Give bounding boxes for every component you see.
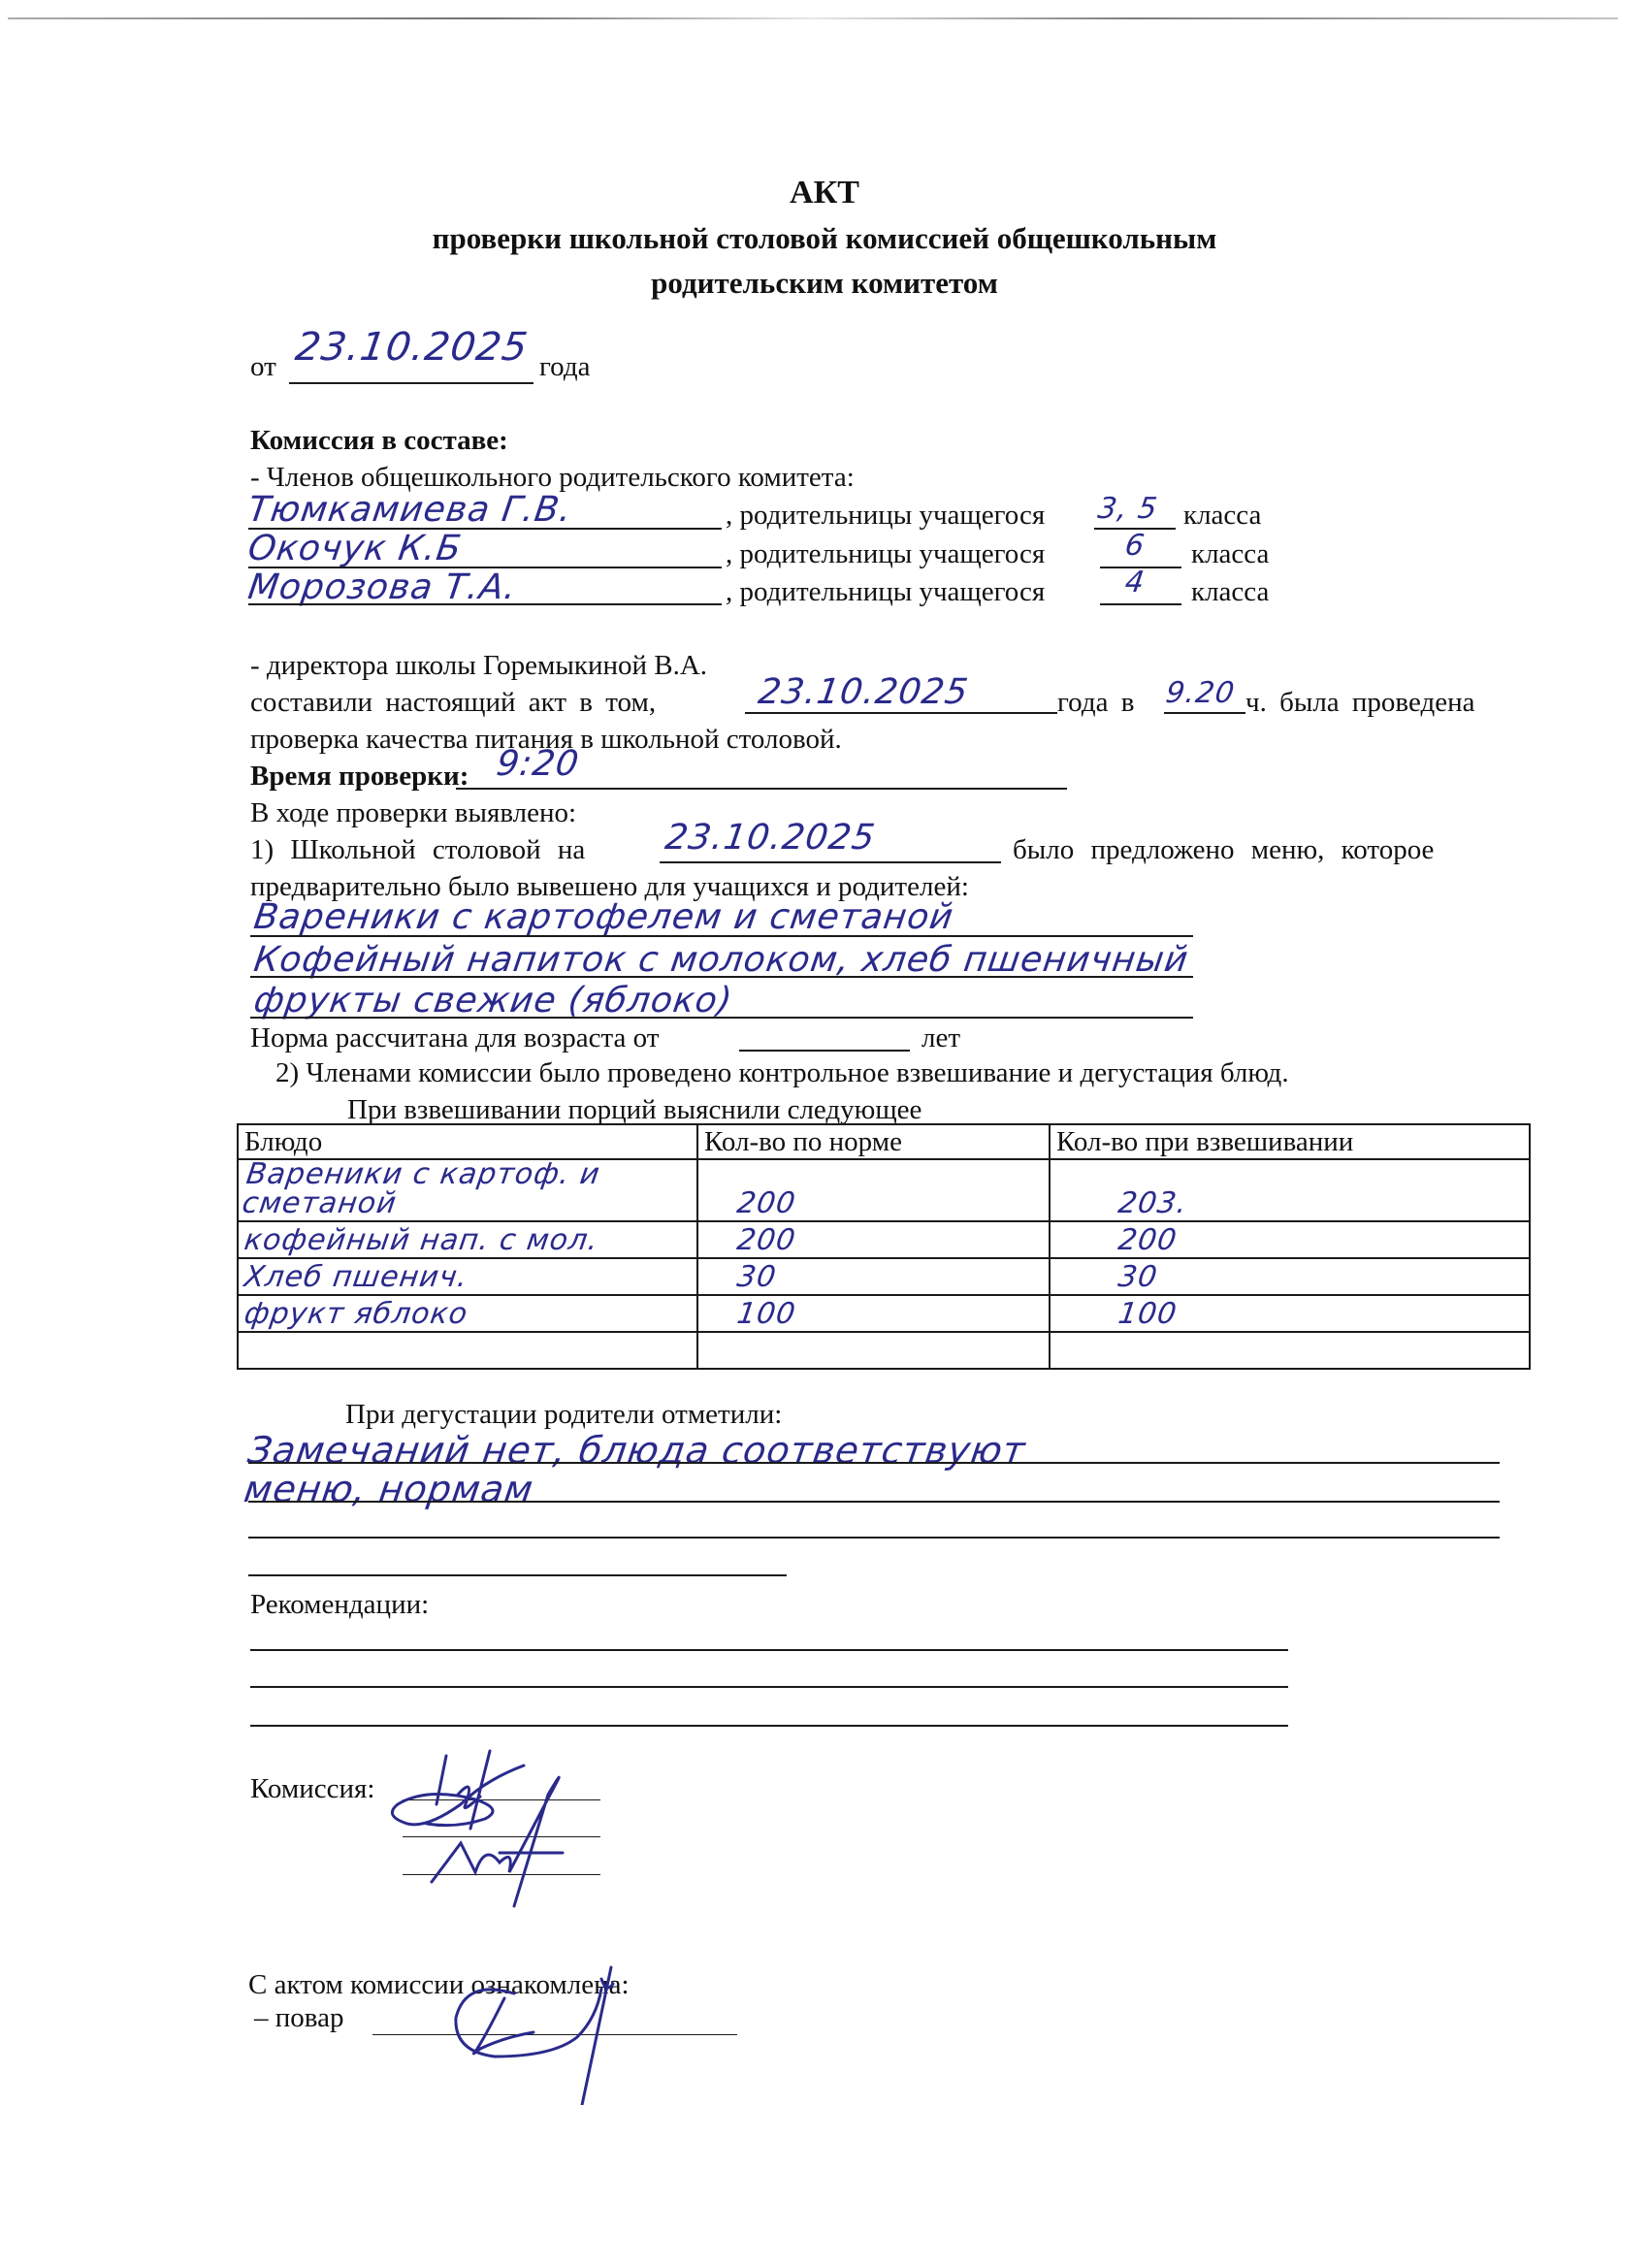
hours-suffix: ч. была проведена <box>1245 689 1474 717</box>
norm-age-underline <box>739 1050 910 1052</box>
date-prefix: от <box>250 353 276 381</box>
commission-signatures-icon <box>369 1736 621 1921</box>
recommendation-line-3[interactable] <box>250 1725 1288 1727</box>
recommendations-label: Рекомендации: <box>250 1591 429 1619</box>
cook-label: – повар <box>254 2002 343 2034</box>
item1-suffix: было предложено меню, которое <box>1013 836 1434 864</box>
date-suffix: года <box>539 353 590 381</box>
menu-line-3[interactable]: фрукты свежие (яблоко) <box>251 984 734 1019</box>
weighing-intro: При взвешивании порций выяснили следующе… <box>347 1096 921 1124</box>
document-title: АКТ <box>0 175 1649 211</box>
found-label: В ходе проверки выявлено: <box>250 799 576 827</box>
tasting-line-3-underline[interactable] <box>248 1537 1500 1539</box>
check-time-field[interactable]: 9:20 <box>494 747 581 782</box>
weighed-cell[interactable]: 203. <box>1116 1189 1189 1218</box>
members-intro: - Членов общешкольного родительского ком… <box>250 464 855 492</box>
dish-cell[interactable]: фрукт яблоко <box>242 1300 469 1329</box>
table-header-row: Блюдо Кол-во по норме Кол-во при взвешив… <box>238 1124 1530 1159</box>
norm-suffix: лет <box>921 1024 960 1053</box>
weighing-table: Блюдо Кол-во по норме Кол-во при взвешив… <box>237 1123 1531 1370</box>
compiled-time-field[interactable]: 9.20 <box>1164 679 1237 708</box>
check-time-underline <box>456 788 1067 790</box>
cook-signature-icon <box>407 1960 660 2105</box>
table-row: кофейный нап. с мол. 200 200 <box>238 1221 1530 1258</box>
commission-heading: Комиссия в составе: <box>250 427 508 455</box>
member-3-class-underline <box>1100 603 1181 605</box>
item1-date-field[interactable]: 23.10.2025 <box>663 821 877 856</box>
date-underline <box>289 382 533 384</box>
table-row <box>238 1332 1530 1369</box>
weighed-cell[interactable]: 200 <box>1116 1226 1179 1255</box>
tasting-line-4-underline[interactable] <box>248 1574 787 1576</box>
scan-edge-line <box>8 17 1618 19</box>
norm-cell[interactable]: 30 <box>735 1263 778 1292</box>
member-1-class-field[interactable]: 3, 5 <box>1096 495 1159 524</box>
item1-date-underline <box>660 861 1001 863</box>
member-2-class-field[interactable]: 6 <box>1123 532 1147 561</box>
menu-line-3-underline <box>250 1017 1193 1019</box>
dish-cell[interactable]: Хлеб пшенич. <box>242 1263 469 1292</box>
tasting-line-2-underline <box>248 1501 1500 1503</box>
norm-cell[interactable]: 200 <box>735 1189 797 1218</box>
member-3-name-field[interactable]: Морозова Т.А. <box>245 570 518 605</box>
weighed-cell[interactable]: 30 <box>1116 1263 1159 1292</box>
table-row: Вареники с картоф. и сметаной 200 203. <box>238 1159 1530 1221</box>
member-3-role: , родительницы учащегося <box>726 578 1045 606</box>
member-1-name-field[interactable]: Тюмкамиева Г.В. <box>245 493 573 528</box>
header-weighed: Кол-во при взвешивании <box>1050 1124 1530 1159</box>
director-line: - директора школы Горемыкиной В.А. <box>250 652 707 680</box>
member-2-role: , родительницы учащегося <box>726 540 1045 568</box>
norm-cell[interactable]: 200 <box>735 1226 797 1255</box>
item2-text: 2) Членами комиссии было проведено контр… <box>275 1059 1289 1087</box>
recommendation-line-1[interactable] <box>250 1649 1288 1651</box>
year-at-text: года в <box>1057 689 1134 717</box>
commission-sign-label: Комиссия: <box>250 1775 374 1803</box>
tasting-label: При дегустации родители отметили: <box>345 1401 782 1429</box>
tasting-line-1-underline <box>248 1462 1500 1464</box>
header-dish: Блюдо <box>238 1124 697 1159</box>
menu-line-2[interactable]: Кофейный напиток с молоком, хлеб пшеничн… <box>251 943 1190 978</box>
member-1-role: , родительницы учащегося <box>726 502 1045 530</box>
table-row: фрукт яблоко 100 100 <box>238 1295 1530 1332</box>
member-3-class-field[interactable]: 4 <box>1123 568 1147 598</box>
check-time-label: Время проверки: <box>250 762 469 791</box>
compiled-time-underline <box>1164 712 1245 714</box>
norm-prefix: Норма рассчитана для возраста от <box>250 1024 659 1053</box>
compiled-date-underline <box>745 712 1057 714</box>
item1-prefix: 1) Школьной столовой на <box>250 836 585 864</box>
member-3-class-word: класса <box>1191 578 1269 606</box>
member-2-name-field[interactable]: Окочук К.Б <box>245 532 464 567</box>
member-1-class-word: класса <box>1183 502 1261 530</box>
dish-cell[interactable]: кофейный нап. с мол. <box>242 1226 600 1255</box>
dish-cell[interactable]: Вареники с картоф. и сметаной <box>241 1160 695 1218</box>
menu-line-1-underline <box>250 935 1193 937</box>
recommendation-line-2[interactable] <box>250 1686 1288 1688</box>
document-subtitle-line2: родительским комитетом <box>0 266 1649 301</box>
document-subtitle-line1: проверки школьной столовой комиссией общ… <box>0 221 1649 256</box>
menu-line-2-underline <box>250 976 1193 978</box>
header-norm: Кол-во по норме <box>697 1124 1050 1159</box>
norm-cell[interactable]: 100 <box>735 1300 797 1329</box>
compiled-date-field[interactable]: 23.10.2025 <box>756 675 970 710</box>
weighed-cell[interactable]: 100 <box>1116 1300 1179 1329</box>
member-2-class-word: класса <box>1191 540 1269 568</box>
table-row: Хлеб пшенич. 30 30 <box>238 1258 1530 1295</box>
menu-line-1[interactable]: Вареники с картофелем и сметаной <box>251 900 955 935</box>
act-date-field[interactable]: 23.10.2025 <box>293 328 531 367</box>
member-3-underline <box>248 603 722 605</box>
compiled-prefix: составили настоящий акт в том, <box>250 689 656 717</box>
